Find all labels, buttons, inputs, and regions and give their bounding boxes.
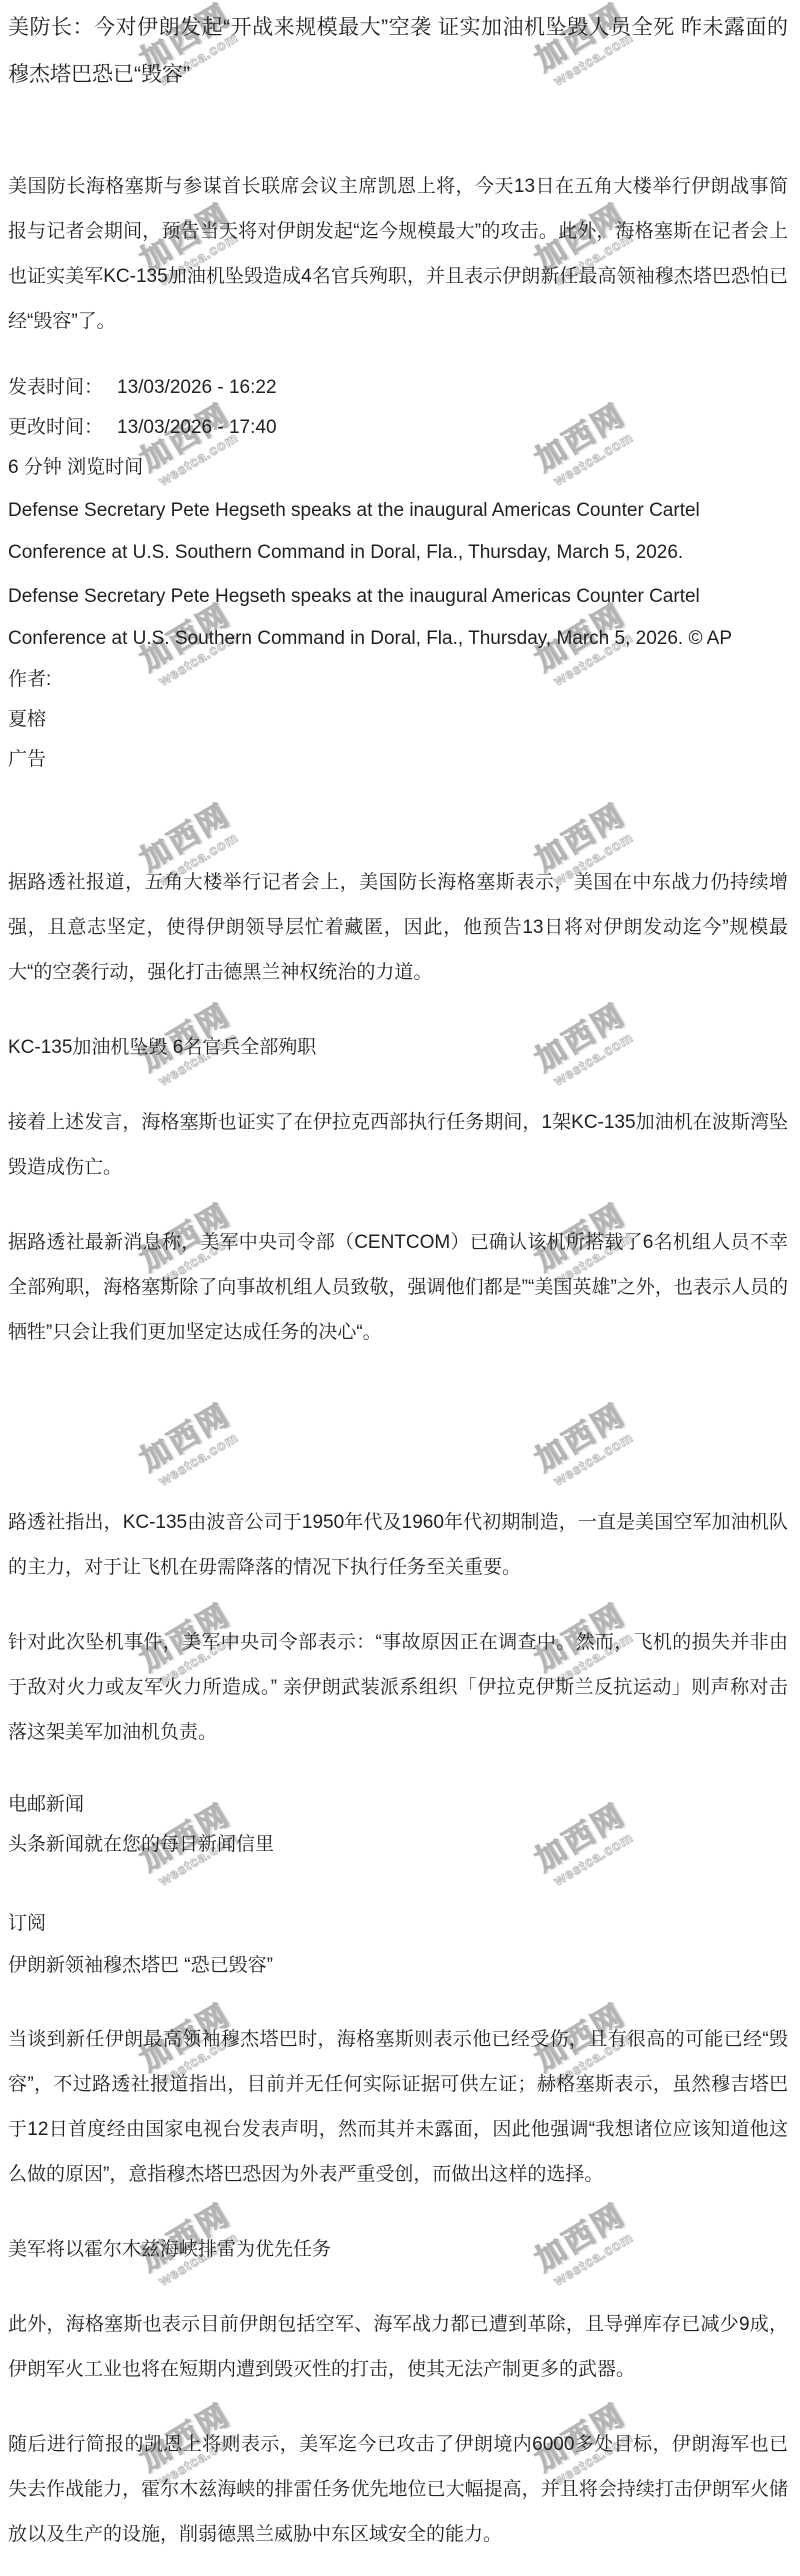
article-content: 美防长：今对伊朗发起“开战来规模最大”空袭 证实加油机坠毁人员全死 昨未露面的穆… (0, 0, 800, 2557)
author-label: 作者: (8, 660, 788, 700)
article-title: 美防长：今对伊朗发起“开战来规模最大”空袭 证实加油机坠毁人员全死 昨未露面的穆… (8, 4, 788, 98)
paragraph: 据路透社最新消息称，美军中央司令部（CENTCOM）已确认该机所搭载了6名机组人… (8, 1220, 788, 1355)
ad-label: 广告 (8, 740, 788, 780)
paragraph: 据路透社报道，五角大楼举行记者会上，美国防长海格塞斯表示，美国在中东战力仍持续增… (8, 860, 788, 995)
update-time-value: 13/03/2026 - 17:40 (117, 417, 277, 438)
subscribe-link[interactable]: 订阅 (8, 1903, 788, 1945)
photo-caption: Defense Secretary Pete Hegseth speaks at… (8, 490, 788, 574)
article-page: 加西网westca.com加西网westca.com加西网westca.com加… (0, 0, 800, 2576)
related-article-link[interactable]: 伊朗新领袖穆杰塔巴 “恐已毁容” (8, 1945, 788, 1987)
section-heading: 美军将以霍尔木兹海峡排雷为优先任务 (8, 2227, 788, 2272)
paragraph: 接着上述发言，海格塞斯也证实了在伊拉克西部执行任务期间，1架KC-135加油机在… (8, 1100, 788, 1190)
section-heading: KC-135加油机坠毁 6名官兵全部殉职 (8, 1025, 788, 1070)
publish-time: 发表时间：13/03/2026 - 16:22 (8, 368, 788, 408)
update-time-label: 更改时间： (8, 417, 103, 438)
paragraph: 此外，海格塞斯也表示目前伊朗包括空军、海军战力都已遭到革除，且导弹库存已减少9成… (8, 2302, 788, 2392)
article-meta: 发表时间：13/03/2026 - 16:22 更改时间：13/03/2026 … (8, 368, 788, 780)
paragraph: 随后进行简报的凯恩上将则表示，美军迄今已攻击了伊朗境内6000多处目标，伊朗海军… (8, 2422, 788, 2557)
article-body: 据路透社报道，五角大楼举行记者会上，美国防长海格塞斯表示，美国在中东战力仍持续增… (8, 860, 788, 2557)
paragraph: 路透社指出，KC-135由波音公司于1950年代及1960年代初期制造，一直是美… (8, 1500, 788, 1590)
newsletter-subtitle: 头条新闻就在您的每日新闻信里 (8, 1825, 788, 1865)
update-time: 更改时间：13/03/2026 - 17:40 (8, 408, 788, 448)
paragraph: 当谈到新任伊朗最高领袖穆杰塔巴时，海格塞斯则表示他已经受伤，且有很高的可能已经“… (8, 2017, 788, 2197)
photo-caption-credit: Defense Secretary Pete Hegseth speaks at… (8, 576, 788, 660)
newsletter-title: 电邮新闻 (8, 1785, 788, 1825)
read-time: 6 分钟 浏览时间 (8, 448, 788, 488)
publish-time-label: 发表时间： (8, 377, 103, 398)
author-name[interactable]: 夏榕 (8, 700, 788, 740)
paragraph: 针对此次坠机事件，美军中央司令部表示：“事故原因正在调查中。然而，飞机的损失并非… (8, 1620, 788, 1755)
article-intro: 美国防长海格塞斯与参谋首长联席会议主席凯恩上将，今天13日在五角大楼举行伊朗战事… (8, 164, 788, 344)
publish-time-value: 13/03/2026 - 16:22 (117, 377, 277, 398)
